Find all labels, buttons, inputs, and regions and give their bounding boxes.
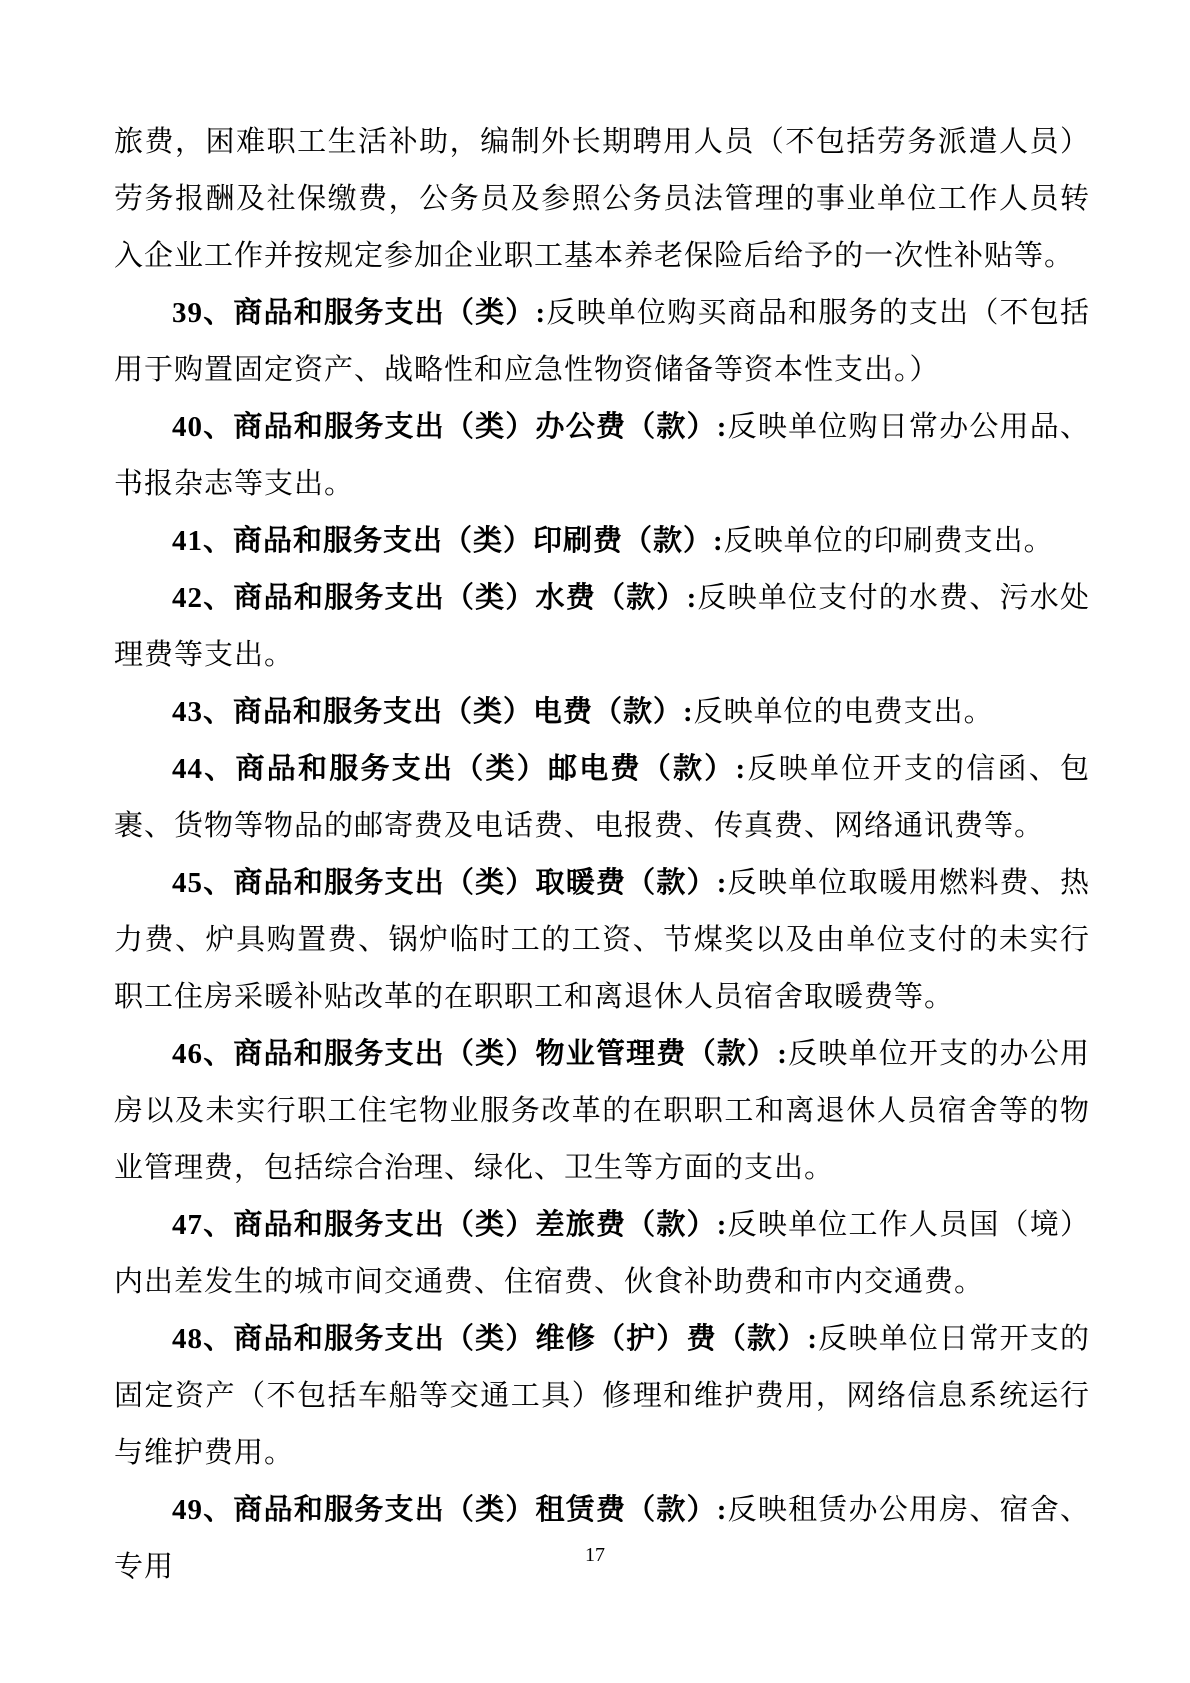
paragraph-item-48: 48、商品和服务支出（类）维修（护）费（款）:反映单位日常开支的固定资产（不包括… [114, 1311, 1090, 1482]
item-body: 反映单位的电费支出。 [694, 696, 994, 728]
paragraph-item-41: 41、商品和服务支出（类）印刷费（款）:反映单位的印刷费支出。 [114, 513, 1090, 570]
paragraph-item-47: 47、商品和服务支出（类）差旅费（款）:反映单位工作人员国（境）内出差发生的城市… [114, 1197, 1090, 1311]
item-heading: 46、商品和服务支出（类）物业管理费（款）: [172, 1038, 788, 1070]
paragraph-item-40: 40、商品和服务支出（类）办公费（款）:反映单位购日常办公用品、书报杂志等支出。 [114, 399, 1090, 513]
paragraph-item-45: 45、商品和服务支出（类）取暖费（款）:反映单位取暖用燃料费、热力费、炉具购置费… [114, 855, 1090, 1026]
item-body: 旅费，困难职工生活补助，编制外长期聘用人员（不包括劳务派遣人员）劳务报酬及社保缴… [114, 126, 1090, 272]
item-heading: 42、商品和服务支出（类）水费（款）: [172, 582, 697, 614]
document-body: 旅费，困难职工生活补助，编制外长期聘用人员（不包括劳务派遣人员）劳务报酬及社保缴… [114, 114, 1090, 1596]
paragraph-item-42: 42、商品和服务支出（类）水费（款）:反映单位支付的水费、污水处理费等支出。 [114, 570, 1090, 684]
item-heading: 40、商品和服务支出（类）办公费（款）: [172, 411, 727, 443]
item-heading: 47、商品和服务支出（类）差旅费（款）: [172, 1209, 727, 1241]
item-heading: 44、商品和服务支出（类）邮电费（款）: [172, 753, 746, 785]
item-heading: 48、商品和服务支出（类）维修（护）费（款）: [172, 1323, 818, 1355]
item-heading: 45、商品和服务支出（类）取暖费（款）: [172, 867, 727, 899]
item-heading: 39、商品和服务支出（类）: [172, 297, 546, 329]
paragraph-item-39: 39、商品和服务支出（类）:反映单位购买商品和服务的支出（不包括用于购置固定资产… [114, 285, 1090, 399]
paragraph-item-44: 44、商品和服务支出（类）邮电费（款）:反映单位开支的信函、包裹、货物等物品的邮… [114, 741, 1090, 855]
item-heading: 41、商品和服务支出（类）印刷费（款）: [172, 525, 724, 557]
item-heading: 49、商品和服务支出（类）租赁费（款）: [172, 1494, 727, 1526]
paragraph-item-43: 43、商品和服务支出（类）电费（款）:反映单位的电费支出。 [114, 684, 1090, 741]
document-page: 旅费，困难职工生活补助，编制外长期聘用人员（不包括劳务派遣人员）劳务报酬及社保缴… [0, 0, 1190, 1683]
paragraph-item-46: 46、商品和服务支出（类）物业管理费（款）:反映单位开支的办公用房以及未实行职工… [114, 1026, 1090, 1197]
item-heading: 43、商品和服务支出（类）电费（款）: [172, 696, 694, 728]
paragraph-continuation: 旅费，困难职工生活补助，编制外长期聘用人员（不包括劳务派遣人员）劳务报酬及社保缴… [114, 114, 1090, 285]
paragraph-item-49: 49、商品和服务支出（类）租赁费（款）:反映租赁办公用房、宿舍、专用 [114, 1482, 1090, 1596]
item-body: 反映单位的印刷费支出。 [724, 525, 1054, 557]
page-number: 17 [0, 1542, 1190, 1568]
